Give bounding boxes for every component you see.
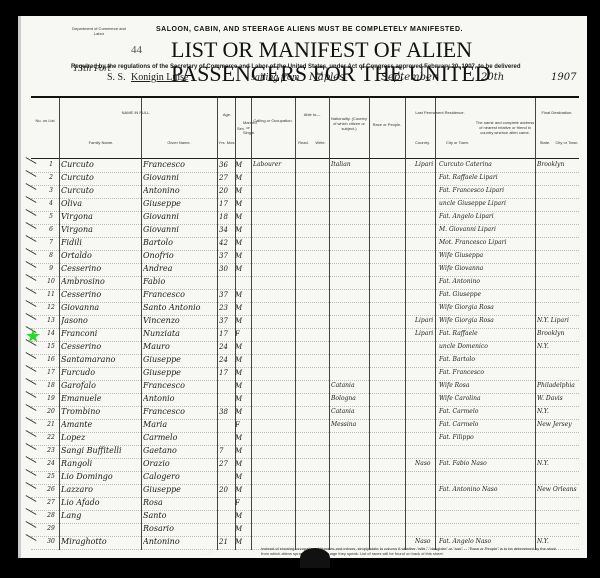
col-residence: Last Permanent Residence.	[405, 110, 475, 115]
cell-n: 2	[41, 172, 61, 184]
check-mark-icon	[26, 417, 37, 424]
check-mark-icon	[26, 183, 37, 190]
cell-relative: uncle Domenico	[439, 341, 535, 353]
cell-age: 34	[219, 224, 233, 236]
cell-n: 20	[41, 406, 61, 418]
col-age: Age.	[217, 112, 237, 117]
cell-age: 24	[219, 341, 233, 353]
cell-n: 4	[41, 198, 61, 210]
cell-given: Onofrio	[143, 250, 217, 262]
check-mark-icon	[26, 287, 37, 294]
cell-family: Emanuele	[61, 393, 139, 405]
cell-sex: M	[235, 289, 245, 301]
cell-age: 27	[219, 458, 233, 470]
cell-n: 16	[41, 354, 61, 366]
cell-n: 3	[41, 185, 61, 197]
ship-prefix: S. S.	[107, 72, 126, 83]
cell-relative: Wife Giorgia Rosa	[439, 302, 535, 314]
cell-relative: Fat. Francesco	[439, 367, 535, 379]
cell-relative: Fat. Filippo	[439, 432, 535, 444]
check-mark-icon	[26, 170, 37, 177]
cell-given: Giuseppe	[143, 354, 217, 366]
cell-sex: M	[235, 341, 245, 353]
cell-given: Orazio	[143, 458, 217, 470]
check-mark-icon	[26, 430, 37, 437]
cell-age: 20	[219, 484, 233, 496]
col-given: Given Name.	[141, 140, 217, 145]
cell-given: Antonio	[143, 393, 217, 405]
cell-age: 17	[219, 367, 233, 379]
cell-n: 6	[41, 224, 61, 236]
cell-family: Curcuto	[61, 185, 139, 197]
cell-age: 23	[219, 302, 233, 314]
cell-n: 25	[41, 471, 61, 483]
check-mark-icon	[26, 235, 37, 242]
col-relative: The name and complete address of nearest…	[475, 120, 535, 135]
cell-sex: M	[235, 536, 245, 548]
cell-occ: Labourer	[253, 159, 297, 171]
cell-given: Calogero	[143, 471, 217, 483]
cell-relative: Fat. Giuseppe	[439, 289, 535, 301]
cell-family: Amante	[61, 419, 139, 431]
col-nationality: Nationality. (Country of which citizen o…	[329, 116, 369, 131]
cell-sex: M	[235, 250, 245, 262]
cell-given: Gaetano	[143, 445, 217, 457]
cell-family: Fidili	[61, 237, 139, 249]
col-state: State.	[535, 140, 555, 145]
cell-n: 23	[41, 445, 61, 457]
day: 20th	[481, 72, 504, 83]
cell-age: 37	[219, 250, 233, 262]
check-mark-icon	[26, 521, 37, 528]
cell-n: 10	[41, 276, 61, 288]
cell-n: 19	[41, 393, 61, 405]
page-ref: 386	[200, 548, 215, 557]
cell-relative: M. Giovanni Lipari	[439, 224, 535, 236]
cell-age: 37	[219, 315, 233, 327]
cell-sex: M	[235, 185, 245, 197]
cell-family: Furcudo	[61, 367, 139, 379]
cell-given: Andrea	[143, 263, 217, 275]
cell-n: 21	[41, 419, 61, 431]
check-mark-icon	[26, 469, 37, 476]
cell-n: 1	[41, 159, 61, 171]
cell-family: Oliva	[61, 198, 139, 210]
cell-sex: M	[235, 406, 245, 418]
cell-relative: Fat. Carmelo	[439, 406, 535, 418]
check-mark-icon	[26, 391, 37, 398]
col-destination: Final Destination.	[535, 110, 579, 115]
cell-dest: Brooklyn	[537, 159, 579, 171]
cell-n: 9	[41, 263, 61, 275]
cell-nat: Catania	[331, 380, 367, 392]
cell-sex: M	[235, 237, 245, 249]
cell-family: Curcuto	[61, 172, 139, 184]
cell-age: 18	[219, 211, 233, 223]
year: 1907	[551, 72, 576, 83]
cell-given: Giuseppe	[143, 198, 217, 210]
cell-age: 36	[219, 159, 233, 171]
cell-family: Cesserino	[61, 341, 139, 353]
cell-family: Trombino	[61, 406, 139, 418]
cell-given: Giovanni	[143, 211, 217, 223]
col-occupation: Calling or Occupation.	[251, 118, 295, 123]
cell-n: 8	[41, 250, 61, 262]
cell-given: Santo Antonio	[143, 302, 217, 314]
cell-family: Virgona	[61, 224, 139, 236]
cell-sex: M	[235, 224, 245, 236]
cell-relative: Curcuto Caterina	[439, 159, 535, 171]
check-mark-icon	[26, 274, 37, 281]
check-mark-icon	[26, 248, 37, 255]
cell-age: 21	[219, 536, 233, 548]
cell-sex: F	[235, 497, 245, 509]
cell-nat: Messina	[331, 419, 367, 431]
cell-sex: M	[235, 367, 245, 379]
cell-family: Lopez	[61, 432, 139, 444]
cell-given: Francesco	[143, 380, 217, 392]
cell-family: Sangi Buffitelli	[61, 445, 139, 457]
check-mark-icon	[26, 222, 37, 229]
cell-n: 7	[41, 237, 61, 249]
cell-n: 24	[41, 458, 61, 470]
cell-n: 30	[41, 536, 61, 548]
cell-n: 17	[41, 367, 61, 379]
cell-sex: M	[235, 484, 245, 496]
cell-nat: Bologna	[331, 393, 367, 405]
cell-given: Antonino	[143, 536, 217, 548]
col-race: Race or People.	[369, 122, 405, 127]
cell-family: Rangoli	[61, 458, 139, 470]
check-mark-icon	[26, 495, 37, 502]
form-id: Department of Commerce and Labor	[69, 26, 129, 36]
cell-sex: M	[235, 380, 245, 392]
cell-relative: Wife Giorgia Rosa	[439, 315, 535, 327]
cell-sex: M	[235, 523, 245, 535]
cell-given: Giuseppe	[143, 484, 217, 496]
margin-note: 13th Port	[73, 64, 111, 73]
cell-given: Nunziata	[143, 328, 217, 340]
check-mark-icon	[26, 313, 37, 320]
check-mark-icon	[26, 482, 37, 489]
cell-nat: Catania	[331, 406, 367, 418]
table-header: No. on List NAME IN FULL. Family Name. G…	[31, 98, 579, 159]
cell-n: 18	[41, 380, 61, 392]
col-name: NAME IN FULL.	[61, 110, 211, 115]
cell-given: Giuseppe	[143, 367, 217, 379]
cell-sex: M	[235, 354, 245, 366]
cell-relative: Fat. Raffaele	[439, 328, 535, 340]
cell-given: Rosario	[143, 523, 217, 535]
cell-n: 27	[41, 497, 61, 509]
check-mark-icon	[26, 378, 37, 385]
cell-sex: M	[235, 510, 245, 522]
cell-age: 37	[219, 289, 233, 301]
check-mark-icon	[26, 456, 37, 463]
cell-age: 20	[219, 185, 233, 197]
cell-age: 30	[219, 263, 233, 275]
col-dest-city: City or Town.	[555, 140, 579, 145]
cell-relative: Fat. Antonino	[439, 276, 535, 288]
cell-family: Lang	[61, 510, 139, 522]
ship-line: 13th Port S. S. Konigin Luise sailing fr…	[81, 72, 581, 86]
col-able: Able to—	[295, 112, 329, 117]
cell-family: Lio Afado	[61, 497, 139, 509]
cell-n: 5	[41, 211, 61, 223]
requirement-text: Required by the regulations of the Secre…	[71, 64, 521, 70]
cell-sex: M	[235, 198, 245, 210]
cell-nat: Italian	[331, 159, 367, 171]
cell-relative: Fat. Fabio Naso	[439, 458, 535, 470]
manifest-page: Department of Commerce and Labor SALOON,…	[18, 16, 587, 558]
cell-family: Ambrosino	[61, 276, 139, 288]
check-mark-icon	[26, 300, 37, 307]
cell-relative: Fat. Francesco Lipari	[439, 185, 535, 197]
cell-age: 17	[219, 198, 233, 210]
check-mark-icon	[26, 261, 37, 268]
cell-dest: N.Y.	[537, 458, 579, 470]
cell-family: Miraghotto	[61, 536, 139, 548]
cell-given: Francesco	[143, 159, 217, 171]
cell-given: Bartolo	[143, 237, 217, 249]
cell-relative: Wife Giovanna	[439, 263, 535, 275]
cell-sex: M	[235, 172, 245, 184]
cell-sex: M	[235, 471, 245, 483]
cell-given: Rosa	[143, 497, 217, 509]
cell-relative: Fat. Raffaele Lipari	[439, 172, 535, 184]
check-mark-icon	[26, 157, 37, 164]
month: September	[381, 72, 437, 83]
cell-given: Antonino	[143, 185, 217, 197]
cell-family: Franconi	[61, 328, 139, 340]
cell-family: Virgona	[61, 211, 139, 223]
cell-sex: M	[235, 159, 245, 171]
cell-family: Ortaldo	[61, 250, 139, 262]
cell-given: Vincenzo	[143, 315, 217, 327]
cell-age: 7	[219, 445, 233, 457]
col-family: Family Name.	[61, 140, 141, 145]
sheet-number: 44	[131, 44, 142, 56]
col-write: Write.	[312, 140, 329, 145]
cell-given: Mauro	[143, 341, 217, 353]
cell-family: Cesserino	[61, 263, 139, 275]
port: Naples	[309, 72, 344, 83]
cell-n: 28	[41, 510, 61, 522]
manifest-table: No. on List NAME IN FULL. Family Name. G…	[31, 96, 579, 550]
cell-given: Santo	[143, 510, 217, 522]
check-mark-icon	[26, 508, 37, 515]
cell-sex: M	[235, 458, 245, 470]
cell-dest: N.Y.	[537, 341, 579, 353]
cell-sex: M	[235, 393, 245, 405]
cell-family: Santamarano	[61, 354, 139, 366]
cell-dest: N.Y. Lipari	[537, 315, 579, 327]
check-mark-icon	[26, 534, 37, 541]
cell-relative: Wife Carolina	[439, 393, 535, 405]
cell-given: Giovanni	[143, 172, 217, 184]
cell-relative: Fat. Bartolo	[439, 354, 535, 366]
check-mark-icon	[26, 352, 37, 359]
check-mark-icon	[26, 443, 37, 450]
col-city: City or Town.	[440, 140, 475, 145]
ship-name: Konigin Luise	[131, 72, 189, 83]
cell-relative: Fat. Carmelo	[439, 419, 535, 431]
green-star-marker-icon: ★	[25, 327, 41, 345]
subtitle: SALOON, CABIN, AND STEERAGE ALIENS MUST …	[156, 26, 463, 33]
cell-relative: uncle Giuseppe Lipari	[439, 198, 535, 210]
cell-age: 38	[219, 406, 233, 418]
passenger-rows: 1CurcutoFrancesco36MLabourerItalianLipar…	[31, 158, 579, 550]
check-mark-icon	[26, 209, 37, 216]
cell-relative: Wife Rosa	[439, 380, 535, 392]
cell-given: Francesco	[143, 289, 217, 301]
cell-dest: Philadelphia	[537, 380, 579, 392]
cell-given: Francesco	[143, 406, 217, 418]
cell-sex: M	[235, 432, 245, 444]
cell-n: 14	[41, 328, 61, 340]
cell-dest: Brooklyn	[537, 328, 579, 340]
cell-relative: Mot. Francesco Lipari	[439, 237, 535, 249]
cell-sex: M	[235, 445, 245, 457]
cell-dest: New Orleans	[537, 484, 579, 496]
cell-given: Carmelo	[143, 432, 217, 444]
cell-family: Curcuto	[61, 159, 139, 171]
col-read: Read.	[295, 140, 312, 145]
cell-age: 27	[219, 172, 233, 184]
cell-family: Cesserino	[61, 289, 139, 301]
cell-dest: New Jersey	[537, 419, 579, 431]
cell-n: 29	[41, 523, 61, 535]
cell-dest: W. Davis	[537, 393, 579, 405]
cell-age: 17	[219, 328, 233, 340]
cell-sex: M	[235, 263, 245, 275]
cell-family: Lazzaro	[61, 484, 139, 496]
cell-given: Giovanni	[143, 224, 217, 236]
cell-relative: Fat. Antonino Naso	[439, 484, 535, 496]
cell-sex: M	[235, 211, 245, 223]
seal	[300, 548, 330, 568]
cell-n: 26	[41, 484, 61, 496]
check-mark-icon	[26, 196, 37, 203]
cell-n: 22	[41, 432, 61, 444]
cell-given: Fabio	[143, 276, 217, 288]
cell-n: 12	[41, 302, 61, 314]
cell-age: 24	[219, 354, 233, 366]
cell-relative: Fat. Angelo Lipari	[439, 211, 535, 223]
cell-n: 13	[41, 315, 61, 327]
cell-sex: F	[235, 419, 245, 431]
cell-dest: N.Y.	[537, 406, 579, 418]
cell-age: 42	[219, 237, 233, 249]
cell-sex: M	[235, 315, 245, 327]
cell-sex: F	[235, 328, 245, 340]
cell-family: Jasono	[61, 315, 139, 327]
cell-given: Maria	[143, 419, 217, 431]
col-no: No. on List	[31, 118, 59, 123]
cell-relative: Wife Giuseppa	[439, 250, 535, 262]
sailing-from-label: sailing from	[251, 72, 299, 83]
cell-n: 11	[41, 289, 61, 301]
cell-family: Lio Domingo	[61, 471, 139, 483]
check-mark-icon	[26, 365, 37, 372]
col-age-sub: Yrs. Mos.	[217, 140, 237, 145]
cell-family: Giovanna	[61, 302, 139, 314]
check-mark-icon	[26, 404, 37, 411]
cell-n: 15	[41, 341, 61, 353]
cell-family: Garofalo	[61, 380, 139, 392]
cell-sex: M	[235, 302, 245, 314]
